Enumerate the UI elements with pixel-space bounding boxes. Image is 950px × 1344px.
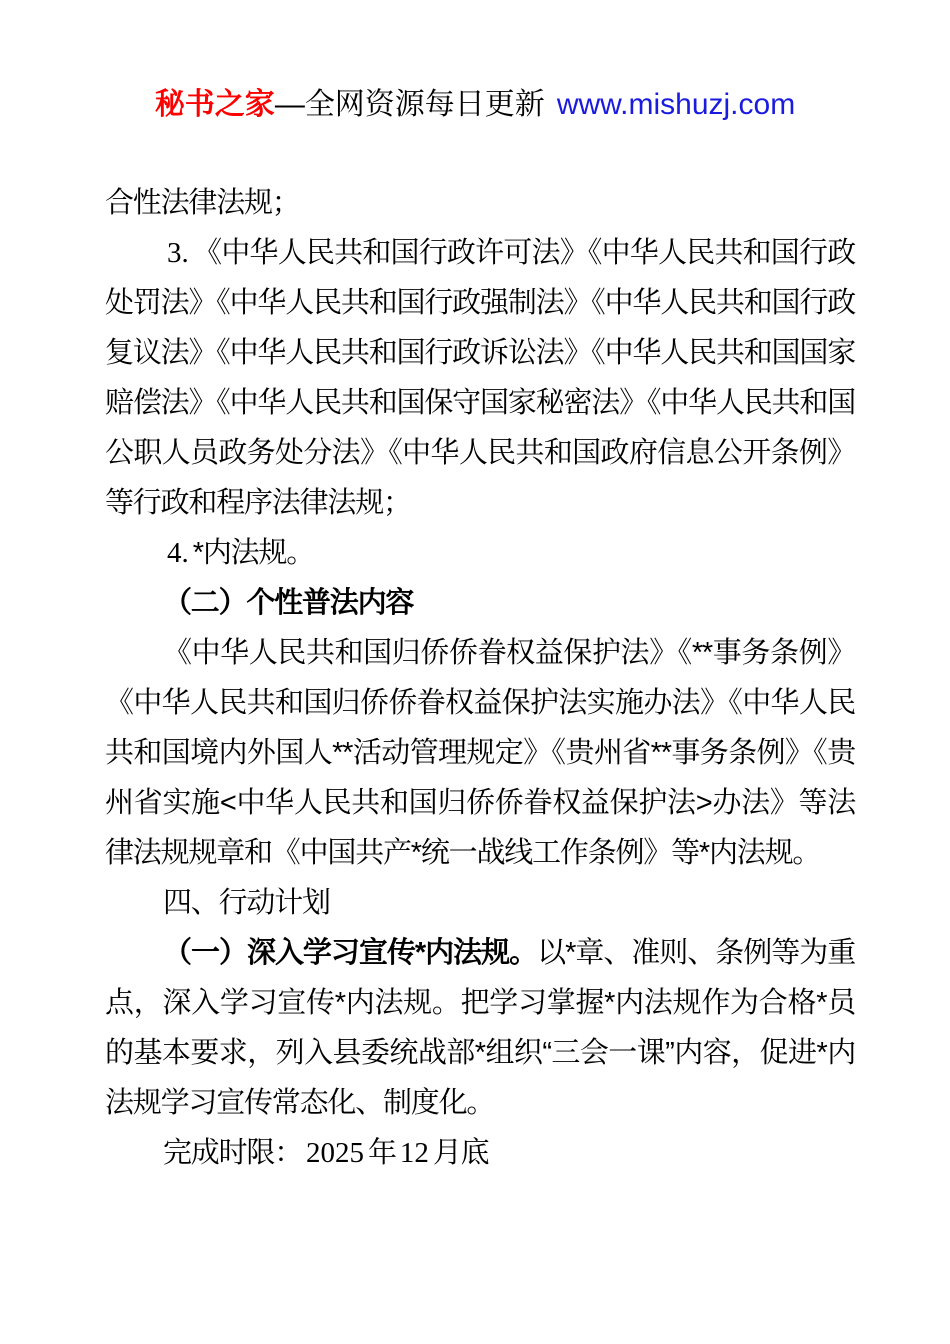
- document-body: 合性法律法规；3.《中华人民共和国行政许可法》《中华人民共和国行政处罚法》《中华…: [105, 178, 855, 1178]
- site-name: 秘书之家: [155, 88, 275, 121]
- paragraph: 合性法律法规；: [105, 178, 855, 228]
- site-header: 秘书之家—全网资源每日更新www.mishuzj.com: [0, 84, 950, 126]
- paragraph: 《中华人民共和国归侨侨眷权益保护法》《**事务条例》《中华人民共和国归侨侨眷权益…: [105, 628, 855, 878]
- text-run: 完成时限：: [163, 1137, 302, 1169]
- paragraph: （一）深入学习宣传*内法规。以*章、准则、条例等为重点，深入学习宣传*内法规。把…: [105, 928, 855, 1128]
- document-page: 秘书之家—全网资源每日更新www.mishuzj.com 合性法律法规；3.《中…: [0, 0, 950, 1344]
- site-tagline: —全网资源每日更新: [275, 88, 545, 121]
- paragraph: 4.*内法规。: [105, 528, 855, 578]
- text-run: 12: [400, 1137, 429, 1169]
- text-run: 4.: [167, 537, 189, 569]
- text-run: *内法规。: [193, 537, 314, 569]
- text-run: 《中华人民共和国归侨侨眷权益保护法》《**事务条例》《中华人民共和国归侨侨眷权益…: [105, 637, 855, 869]
- text-run: 合性法律法规；: [105, 187, 300, 219]
- text-run: 3.: [167, 237, 189, 269]
- text-run: 四、行动计划: [163, 887, 330, 919]
- text-run: 月底: [433, 1137, 489, 1169]
- text-run: 年: [368, 1137, 396, 1169]
- text-run: （二）个性普法内容: [163, 587, 413, 619]
- paragraph: 完成时限：2025年12月底: [105, 1128, 855, 1178]
- text-run: （一）深入学习宣传*内法规。: [163, 937, 537, 969]
- paragraph: 四、行动计划: [105, 878, 855, 928]
- paragraph: 3.《中华人民共和国行政许可法》《中华人民共和国行政处罚法》《中华人民共和国行政…: [105, 228, 855, 528]
- text-run: 2025: [306, 1137, 364, 1169]
- paragraph: （二）个性普法内容: [105, 578, 855, 628]
- text-run: 《中华人民共和国行政许可法》《中华人民共和国行政处罚法》《中华人民共和国行政强制…: [105, 237, 855, 519]
- site-url-link[interactable]: www.mishuzj.com: [557, 88, 795, 121]
